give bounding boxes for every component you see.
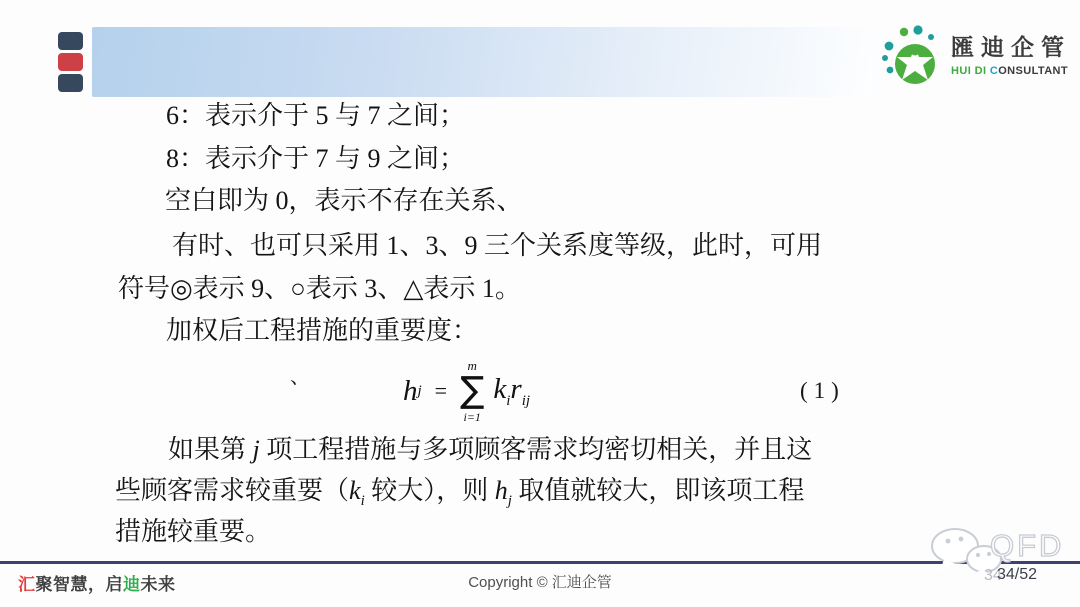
tagline-part: HUI DI	[951, 65, 990, 77]
header-title-bar	[92, 27, 873, 97]
body-line-grade-8: 8：表示介于 7 与 9 之间；	[166, 143, 465, 175]
text-segment: 取值就较大，即该项工程	[512, 476, 805, 505]
tagline-part: ONSULTANT	[998, 65, 1068, 77]
formula-hj-sum: hj = m ∑ i=1 kirij	[403, 356, 530, 426]
footer-copyright: Copyright © 汇迪企管	[0, 571, 1080, 592]
body-line-symbols: 符号◎表示 9、○表示 3、△表示 1。	[118, 273, 521, 305]
text-segment: j	[253, 435, 260, 464]
tagline-part: C	[990, 65, 998, 77]
text-segment: h	[495, 476, 508, 505]
scan-stray-mark: 、	[290, 360, 310, 389]
paragraph-line-2: 些顾客需求较重要（ki 较大），则 hj 取值就较大，即该项工程	[115, 475, 804, 517]
header-bullet-square	[58, 74, 83, 92]
slide: 匯迪企管 HUI DI CONSULTANT 6：表示介于 5 与 7 之间； …	[0, 0, 1080, 607]
formula-lhs-subscript: j	[418, 383, 422, 400]
sigma-icon: ∑	[460, 373, 484, 409]
header-bullet-square	[58, 53, 83, 71]
body-line-grade-6: 6：表示介于 5 与 7 之间；	[166, 100, 465, 132]
summation-symbol: m ∑ i=1	[460, 359, 484, 423]
body-line-blank-zero: 空白即为 0，表示不存在关系、	[165, 185, 523, 217]
formula-term-r: r	[510, 373, 521, 405]
equation-number: (1)	[800, 378, 845, 404]
formula-term-k: k	[493, 373, 506, 405]
logo-tagline: HUI DI CONSULTANT	[951, 65, 1071, 77]
watermark-qfd-text: QFD	[990, 528, 1064, 564]
text-segment: 项工程措施与多项顾客需求均密切相关，并且这	[260, 435, 813, 464]
body-line-weighted-importance: 加权后工程措施的重要度：	[166, 315, 478, 347]
paragraph-line-1: 如果第 j 项工程措施与多项顾客需求均密切相关，并且这	[168, 434, 812, 466]
summation-lower-limit: i=1	[464, 411, 481, 423]
text-segment: 如果第	[168, 435, 253, 464]
header-bullet-square	[58, 32, 83, 50]
formula-term-r-subscript: ij	[522, 393, 530, 409]
formula-terms: kirij	[493, 373, 530, 410]
footer-divider	[0, 561, 1080, 564]
body-line-three-grades: 有时、也可只采用 1、3、9 三个关系度等级，此时，可用	[172, 230, 822, 262]
text-segment: k	[349, 476, 361, 505]
company-logo: 匯迪企管 HUI DI CONSULTANT	[881, 24, 1071, 88]
page-number: 34/52	[997, 566, 1037, 584]
paragraph-line-3: 措施较重要。	[115, 516, 271, 548]
logo-text-block: 匯迪企管 HUI DI CONSULTANT	[951, 35, 1071, 76]
text-segment: 较大），则	[365, 476, 495, 505]
logo-company-name: 匯迪企管	[951, 35, 1071, 60]
logo-icon	[881, 24, 943, 88]
formula-equals: =	[435, 378, 447, 404]
formula-lhs: h	[403, 375, 418, 408]
text-segment: 些顾客需求较重要（	[115, 476, 349, 505]
